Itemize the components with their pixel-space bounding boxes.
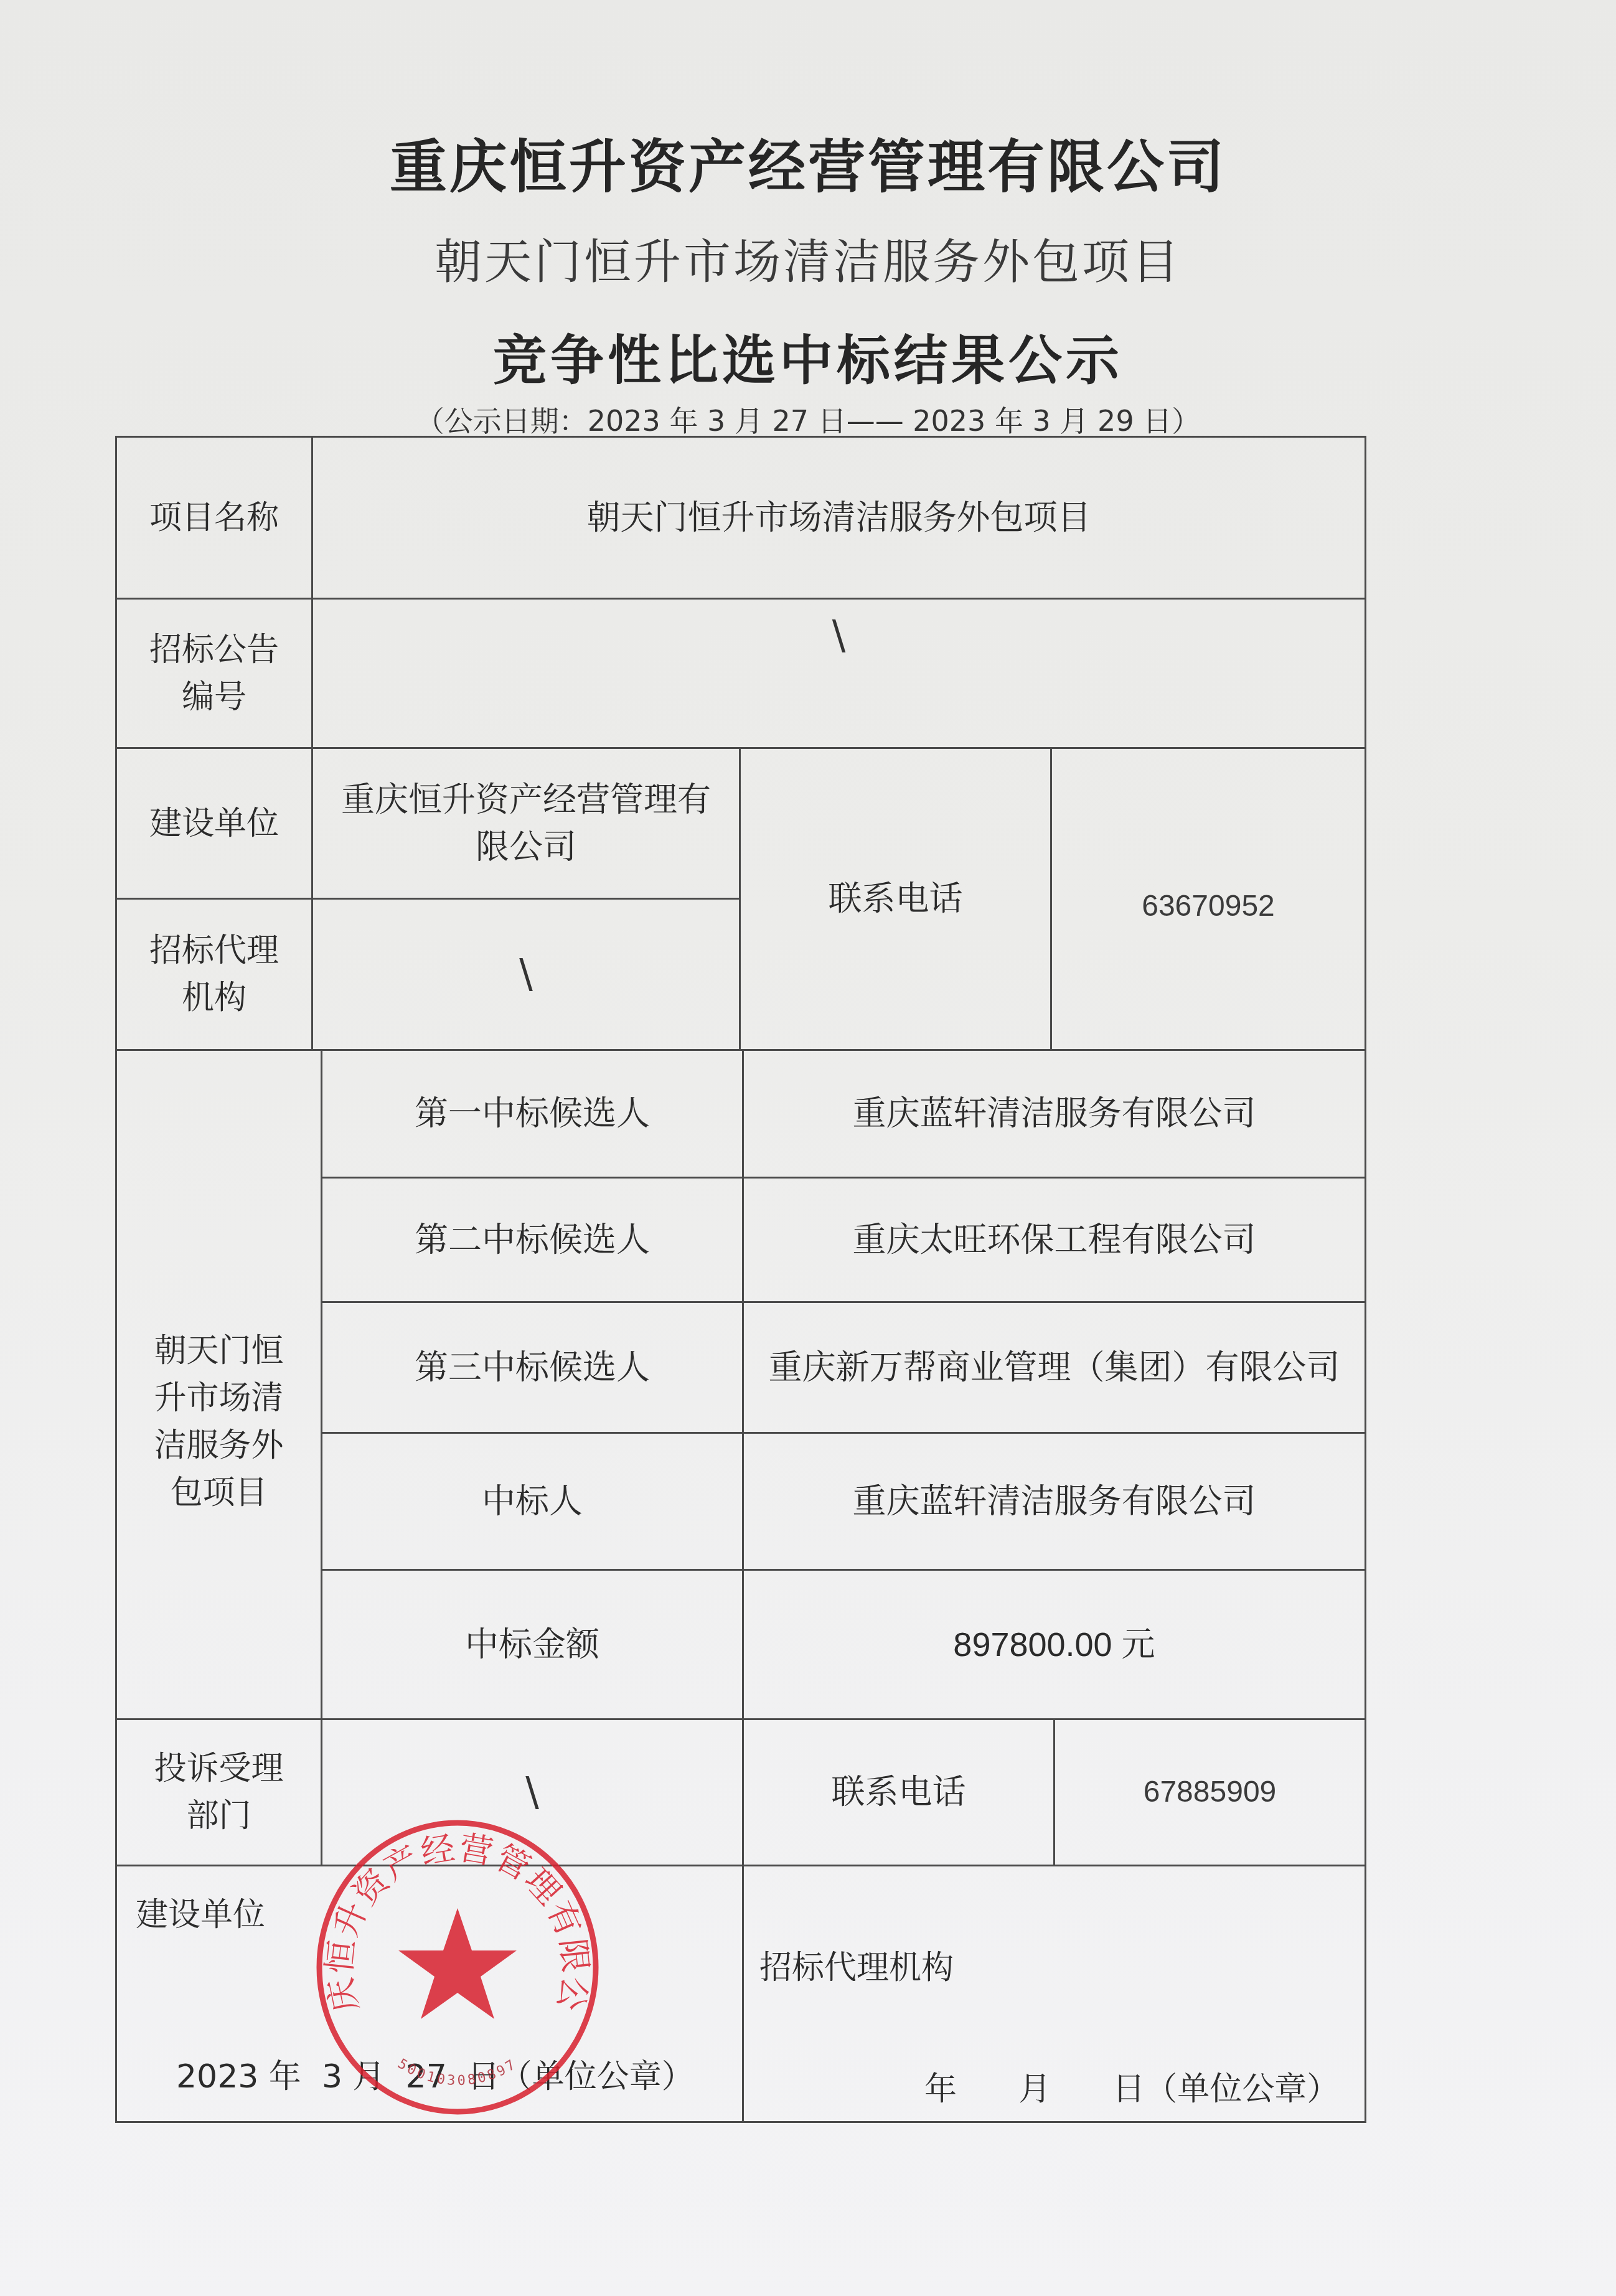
complaint-phone-label: 联系电话	[742, 1718, 1055, 1866]
contact-phone-value: 63670952	[1050, 747, 1366, 1051]
document-title: 竞争性比选中标结果公示	[0, 318, 1616, 395]
company-title: 重庆恒升资产经营管理有限公司	[0, 121, 1616, 204]
winner-label: 中标人	[321, 1432, 744, 1571]
owner-signature-date: 2023 年 3 月 27 日（单位公章）	[176, 2053, 694, 2101]
candidate-3-value: 重庆新万帮商业管理（集团）有限公司	[742, 1301, 1366, 1434]
agency-signature-cell: 招标代理机构 年 月 日（单位公章）	[742, 1865, 1366, 2123]
tender-no-label: 招标公告编号	[115, 598, 313, 749]
tender-no-value: \	[311, 598, 1366, 749]
result-table: 项目名称 朝天门恒升市场清洁服务外包项目 招标公告编号 \ 建设单位 重庆恒升资…	[115, 436, 1366, 2123]
agency-label: 招标代理机构	[115, 898, 313, 1051]
contact-phone-label: 联系电话	[739, 747, 1052, 1051]
owner-label: 建设单位	[115, 747, 313, 900]
candidate-2-value: 重庆太旺环保工程有限公司	[742, 1177, 1366, 1303]
complaint-dept-label: 投诉受理部门	[115, 1718, 322, 1866]
owner-value: 重庆恒升资产经营管理有限公司	[311, 747, 741, 900]
candidate-1-value: 重庆蓝轩清洁服务有限公司	[742, 1049, 1366, 1179]
agency-signature-label: 招标代理机构	[759, 1944, 954, 1992]
candidate-2-label: 第二中标候选人	[321, 1177, 744, 1303]
candidate-1-label: 第一中标候选人	[321, 1049, 744, 1179]
agency-signature-date: 年 月 日（单位公章）	[924, 2066, 1339, 2113]
project-name-label: 项目名称	[115, 436, 313, 600]
candidate-3-label: 第三中标候选人	[321, 1301, 744, 1434]
winner-value: 重庆蓝轩清洁服务有限公司	[742, 1432, 1366, 1571]
project-name-value: 朝天门恒升市场清洁服务外包项目	[311, 436, 1366, 600]
project-subtitle: 朝天门恒升市场清洁服务外包项目	[0, 224, 1616, 292]
complaint-dept-value: \	[321, 1718, 744, 1866]
notice-period: （公示日期：2023 年 3 月 27 日—— 2023 年 3 月 29 日）	[0, 398, 1616, 440]
owner-signature-cell: 建设单位 2023 年 3 月 27 日（单位公章）	[115, 1865, 744, 2123]
section-label: 朝天门恒 升市场清 洁服务外 包项目	[115, 1049, 322, 1720]
owner-signature-label: 建设单位	[136, 1891, 265, 1939]
award-amount-value: 897800.00 元	[742, 1569, 1366, 1720]
award-amount-label: 中标金额	[321, 1569, 744, 1720]
complaint-phone-value: 67885909	[1053, 1718, 1366, 1866]
agency-value: \	[311, 898, 741, 1051]
